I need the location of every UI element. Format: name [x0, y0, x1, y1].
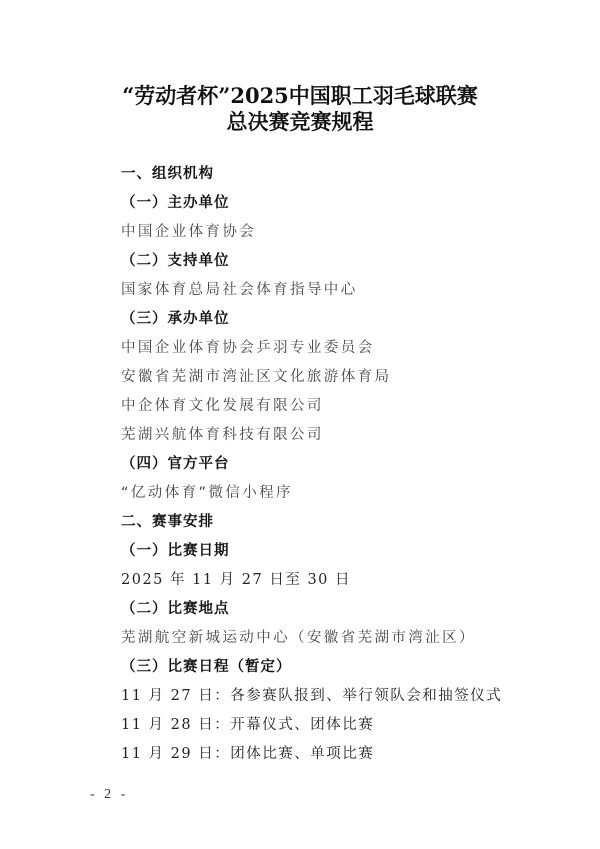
subsection-heading-supporter: （二）支持单位: [121, 247, 541, 276]
paragraph-organizer-3: 中企体育文化发展有限公司: [121, 392, 541, 421]
subsection-heading-host: （一）主办单位: [121, 189, 541, 218]
subsection-heading-venue: （二）比赛地点: [121, 595, 541, 624]
paragraph-host: 中国企业体育协会: [121, 218, 541, 247]
subsection-heading-platform: （四）官方平台: [121, 450, 541, 479]
paragraph-timetable-day-2: 11 月 28 日：开幕仪式、团体比赛: [121, 711, 541, 740]
subsection-heading-timetable: （三）比赛日程（暂定）: [121, 653, 541, 682]
paragraph-timetable-day-1: 11 月 27 日：各参赛队报到、举行领队会和抽签仪式: [121, 682, 541, 711]
paragraph-venue: 芜湖航空新城运动中心（安徽省芜湖市湾沚区）: [121, 624, 541, 653]
page-number: - 2 -: [90, 787, 128, 803]
section-heading-organization: 一、组织机构: [121, 160, 541, 189]
section-heading-schedule: 二、赛事安排: [121, 508, 541, 537]
subsection-heading-organizer: （三）承办单位: [121, 305, 541, 334]
paragraph-date: 2025 年 11 月 27 日至 30 日: [121, 566, 541, 595]
document-body: 一、组织机构 （一）主办单位 中国企业体育协会 （二）支持单位 国家体育总局社会…: [121, 160, 541, 769]
document-page: “劳动者杯”2025中国职工羽毛球联赛 总决赛竞赛规程 一、组织机构 （一）主办…: [0, 0, 600, 849]
paragraph-organizer-2: 安徽省芜湖市湾沚区文化旅游体育局: [121, 363, 541, 392]
paragraph-organizer-4: 芜湖兴航体育科技有限公司: [121, 421, 541, 450]
paragraph-timetable-day-3: 11 月 29 日：团体比赛、单项比赛: [121, 740, 541, 769]
paragraph-organizer-1: 中国企业体育协会乒羽专业委员会: [121, 334, 541, 363]
document-title-line-2: 总决赛竞赛规程: [0, 106, 600, 136]
paragraph-platform: “亿动体育”微信小程序: [121, 479, 541, 508]
paragraph-supporter: 国家体育总局社会体育指导中心: [121, 276, 541, 305]
subsection-heading-date: （一）比赛日期: [121, 537, 541, 566]
